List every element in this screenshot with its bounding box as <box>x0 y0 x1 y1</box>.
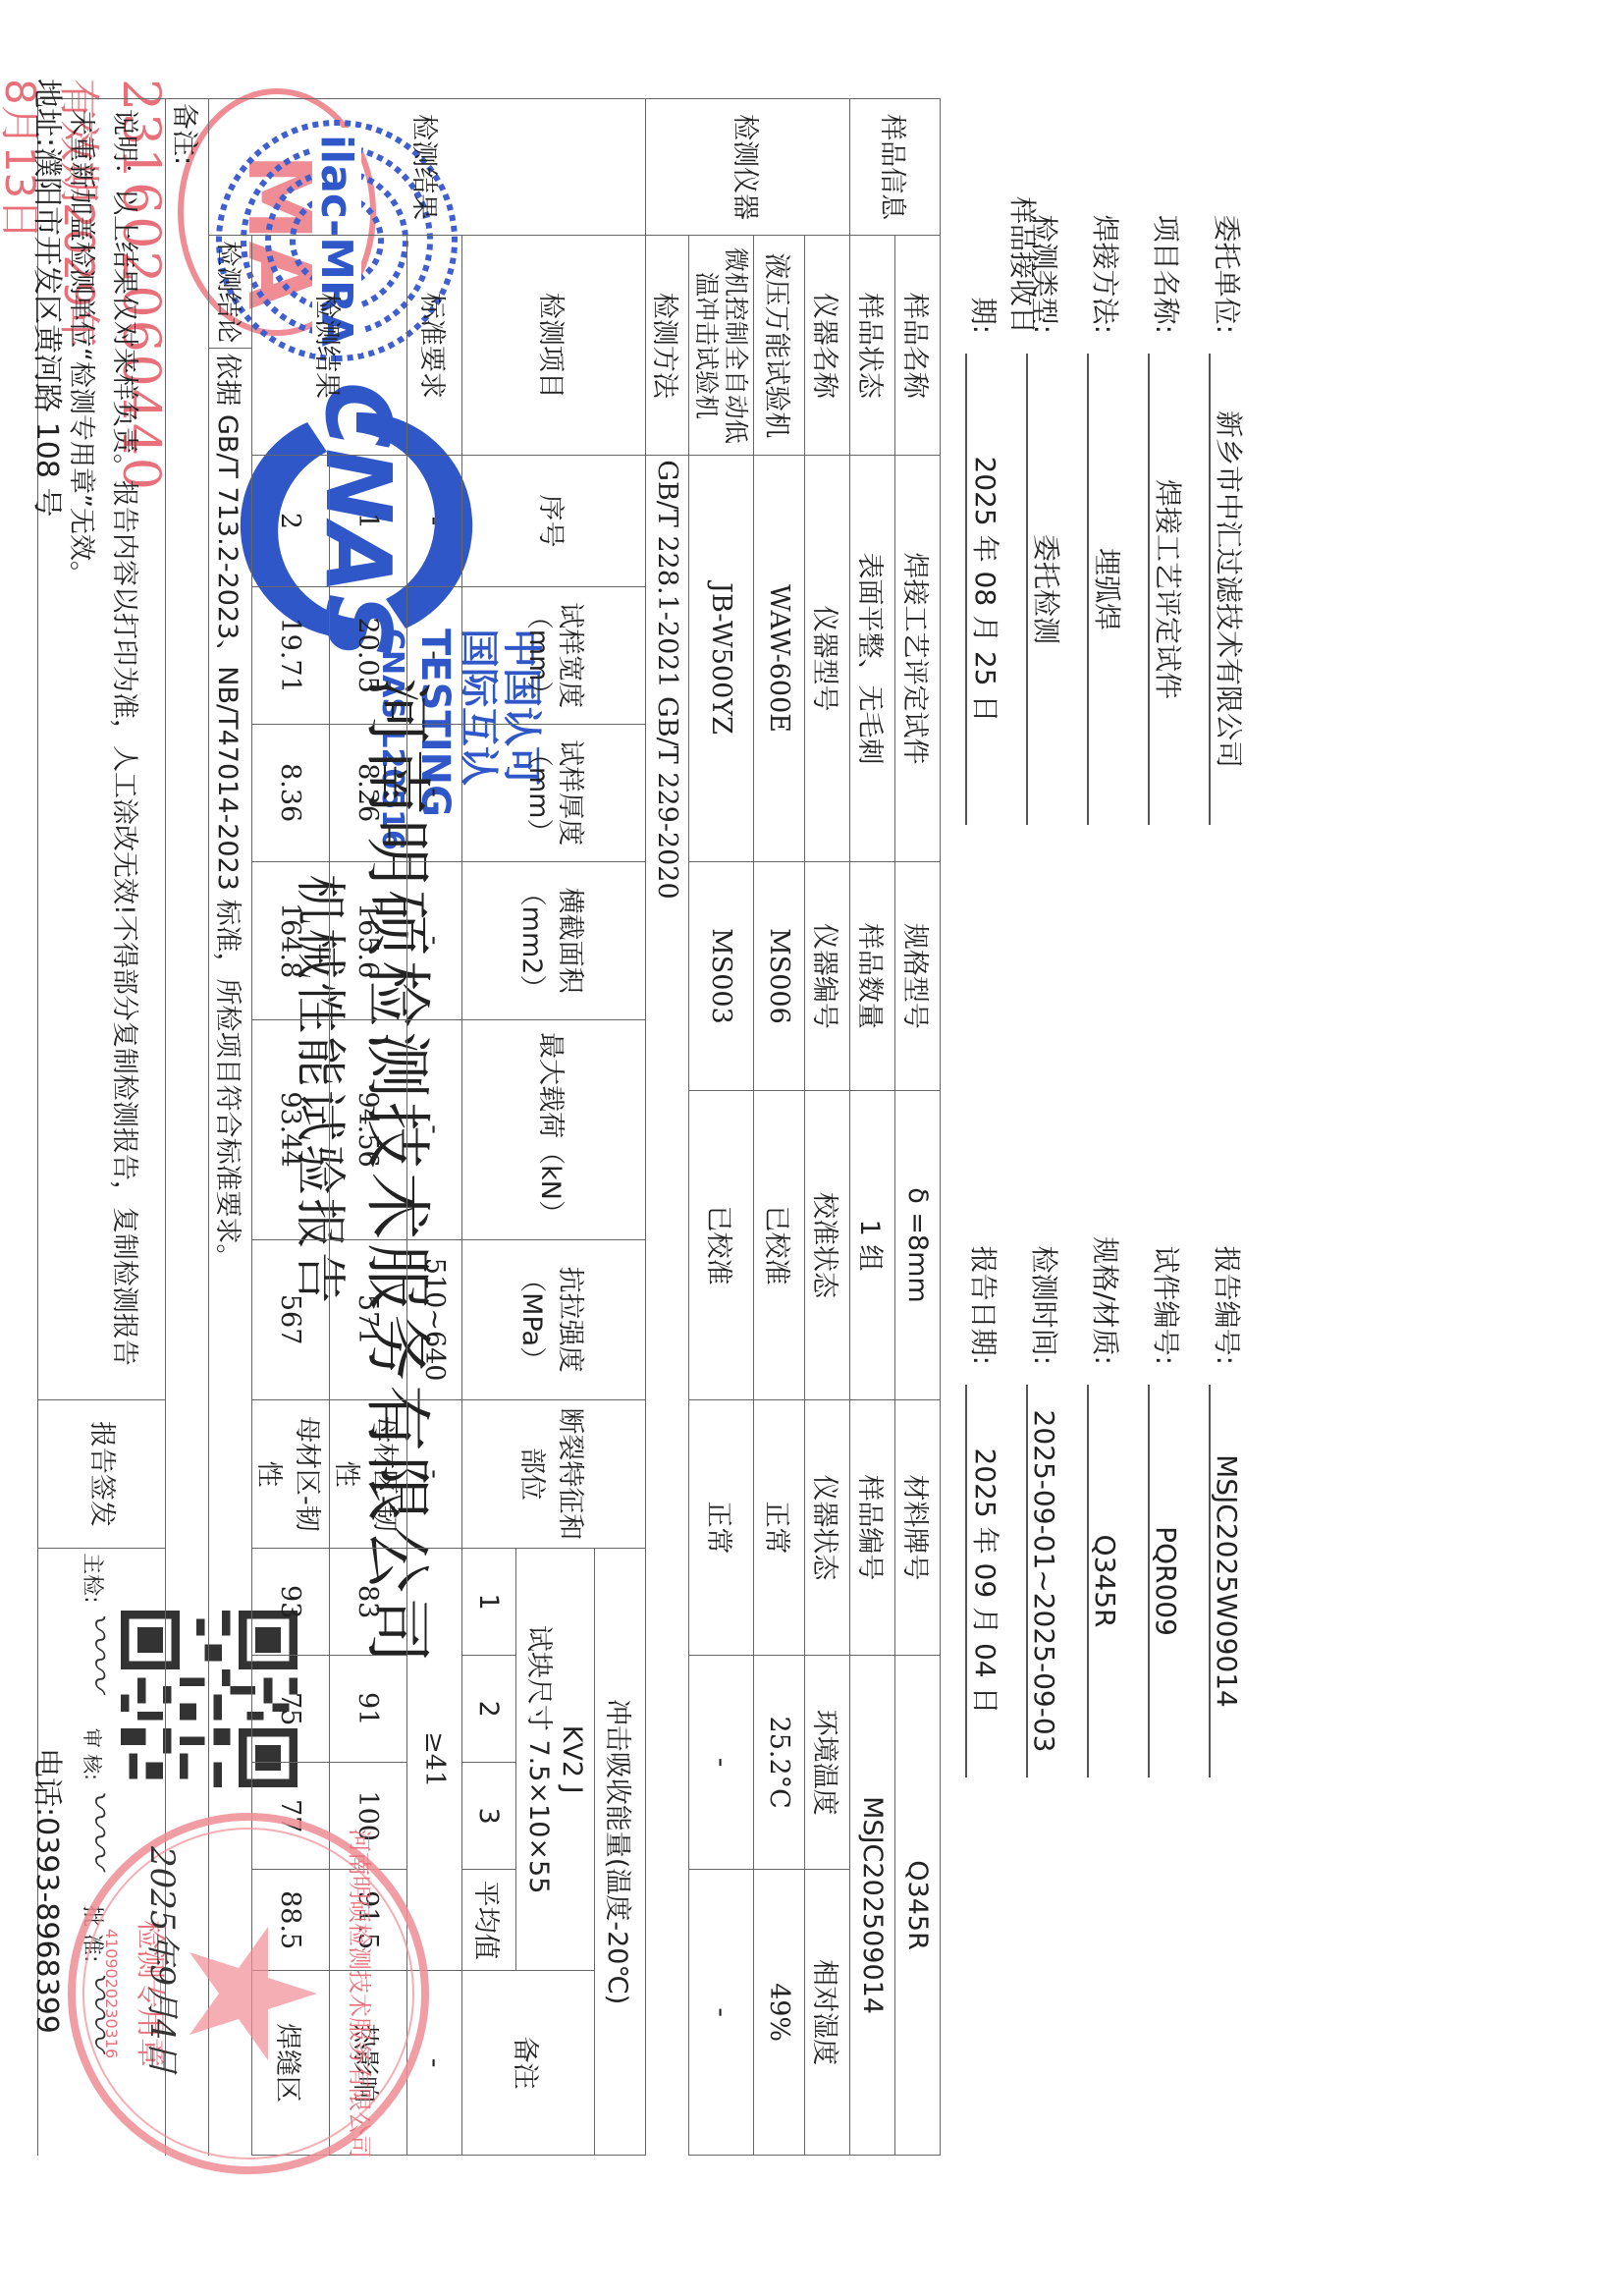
field-test-period: 检测时间: 2025-09-01~2025-09-03 <box>1026 1218 1087 1846</box>
sample-row-2: 样品状态 表面平整、无毛刺 样品数量 1 组 样品编号 MSJC20250901… <box>850 99 895 2156</box>
field-specimen-no: 试件编号: PQR009 <box>1148 1218 1209 1846</box>
method-row: 检测方法 GB/T 228.1-2021 GB/T 229-2020 <box>646 99 689 2156</box>
footer-address: 地址:濮阳市开发区黄河路 108 号 <box>28 79 72 517</box>
instrument-header-row: 检测仪器 仪器名称 仪器型号 仪器编号 校准状态 仪器状态 环境温度 相对湿度 <box>805 99 850 2156</box>
field-report-date: 报告日期: 2025 年 09 月 04 日 <box>965 1218 1026 1846</box>
sign-date: 2025年9月4日 <box>141 1846 189 2074</box>
instrument-row-2: 微机控制全自动低温冲击试验机 JB-W500YZ MS003 已校准 正常 - … <box>689 99 754 2156</box>
field-receive-date: 样品接收日期: 2025 年 08 月 25 日 <box>965 167 1026 874</box>
test-report-page: MA 231602060440 有效期2029年8月13日 ilac-MRA C… <box>0 0 1623 2296</box>
header-right-fields: 报告编号: MSJC2025W09014 试件编号: PQR009 规格/材质:… <box>965 1218 1270 1846</box>
inspector-signature: 〰〰 <box>76 1612 121 1690</box>
field-spec-material: 规格/材质: Q345R <box>1087 1218 1148 1846</box>
field-client: 委托单位: 新乡市中汇过滤技术有限公司 <box>1209 167 1270 874</box>
footer-phone: 电话:0393-8968399 <box>28 1748 72 2034</box>
field-welding-method: 焊接方法: 埋弧焊 <box>1087 167 1148 874</box>
field-project: 项目名称: 焊接工艺评定试件 <box>1148 167 1209 874</box>
svg-text:4109020230316: 4109020230316 <box>102 1929 121 2058</box>
results-header-row-1: 检测结果 检测项目 序号 试样宽度（mm） 试样厚度（mm） 横截面积（mm2）… <box>595 99 646 2156</box>
svg-text:河南明硕检测技术服务有限公司: 河南明硕检测技术服务有限公司 <box>346 1829 373 2159</box>
company-seal-icon: 检测专用章 河南明硕检测技术服务有限公司 4109020230316 <box>52 1797 445 2190</box>
sample-row-1: 样品信息 样品名称 焊接工艺评定试件 规格型号 δ =8mm 材料牌号 Q345… <box>895 99 941 2156</box>
field-report-no: 报告编号: MSJC2025W09014 <box>1209 1218 1270 1846</box>
instrument-row-1: 液压万能试验机 WAW-600E MS006 已校准 正常 25.2°C 49% <box>754 99 805 2156</box>
header-left-fields: 委托单位: 新乡市中汇过滤技术有限公司 项目名称: 焊接工艺评定试件 焊接方法:… <box>965 167 1270 874</box>
